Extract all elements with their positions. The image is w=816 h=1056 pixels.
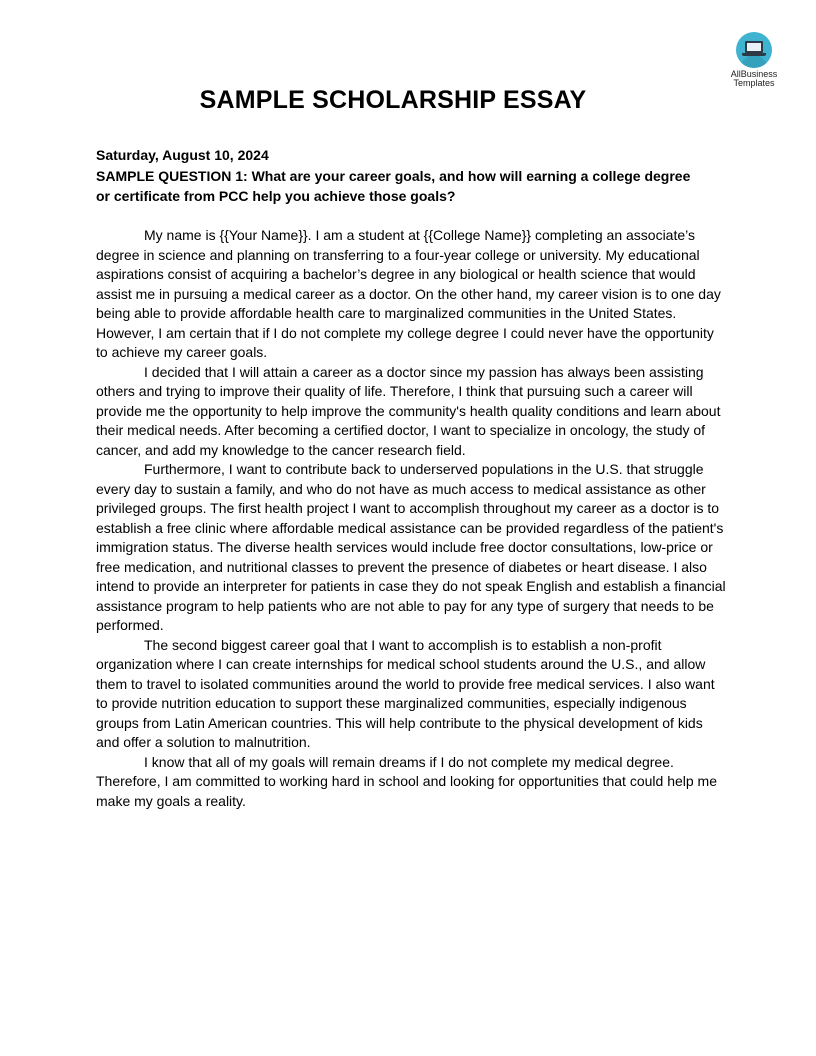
allbusiness-templates-logo: AllBusiness Templates	[726, 32, 782, 88]
document-body: Saturday, August 10, 2024 SAMPLE QUESTIO…	[96, 145, 726, 811]
document-title: SAMPLE SCHOLARSHIP ESSAY	[0, 86, 786, 115]
document-date: Saturday, August 10, 2024	[96, 145, 726, 165]
paragraph: My name is {{Your Name}}. I am a student…	[96, 226, 726, 363]
paragraph: The second biggest career goal that I wa…	[96, 636, 726, 753]
paragraph: Furthermore, I want to contribute back t…	[96, 460, 726, 636]
essay-text: My name is {{Your Name}}. I am a student…	[96, 226, 726, 811]
laptop-icon	[736, 32, 772, 68]
paragraph: I decided that I will attain a career as…	[96, 363, 726, 461]
paragraph: I know that all of my goals will remain …	[96, 753, 726, 812]
essay-question: SAMPLE QUESTION 1: What are your career …	[96, 166, 696, 206]
